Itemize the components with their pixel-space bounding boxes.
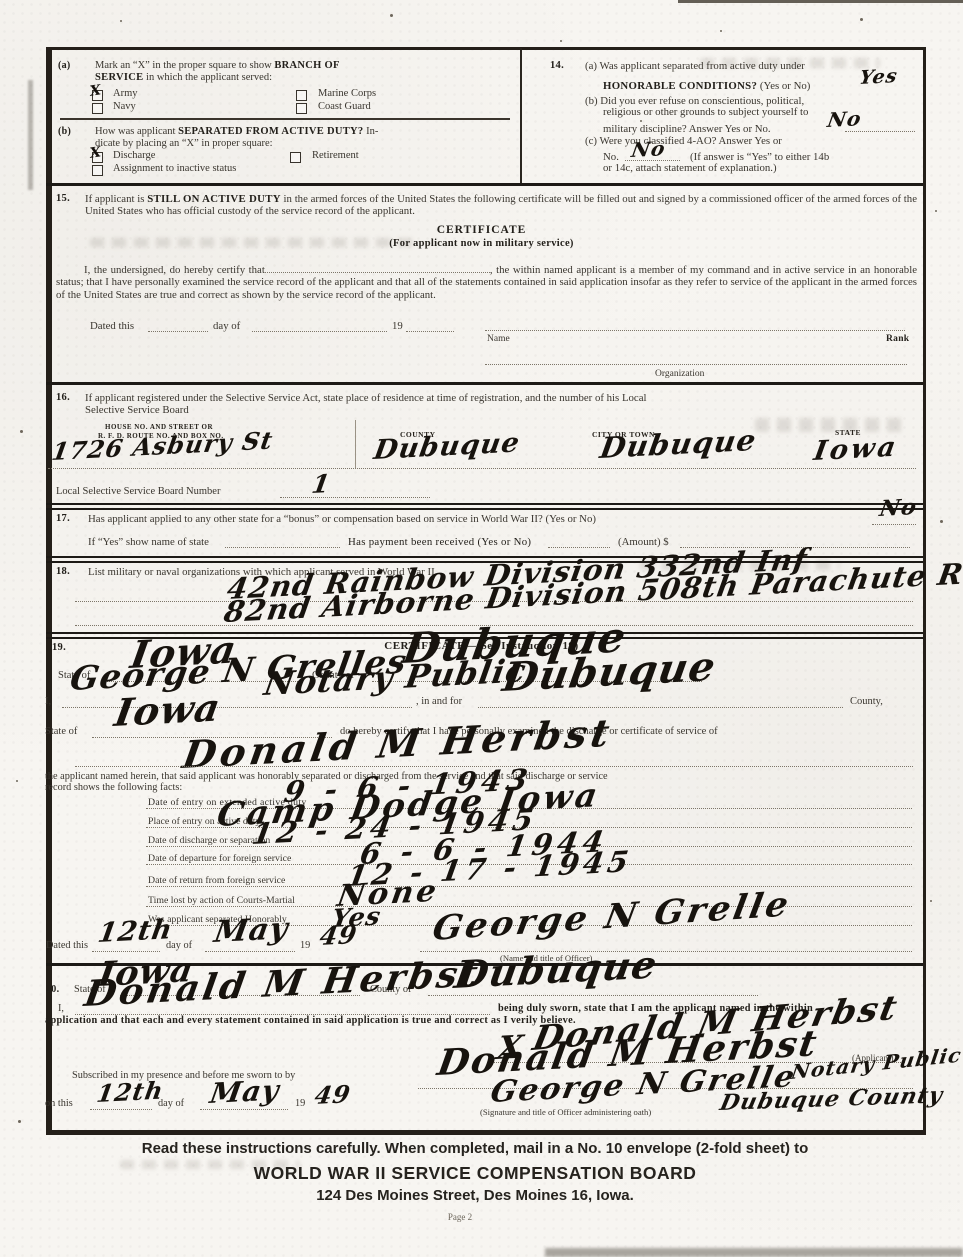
section-divider bbox=[46, 183, 923, 186]
column-rule bbox=[355, 420, 356, 468]
blank-line bbox=[148, 331, 208, 332]
checkbox-navy bbox=[92, 103, 103, 114]
blank-line bbox=[200, 1109, 288, 1110]
scan-noise bbox=[16, 780, 18, 782]
scan-noise bbox=[940, 520, 943, 523]
board-number-label: Local Selective Service Board Number bbox=[56, 486, 220, 497]
item14-a-line2: HONORABLE CONDITIONS? (Yes or No) bbox=[603, 80, 810, 92]
county-value: Dubuque bbox=[372, 429, 522, 464]
state-of-label-2: State of bbox=[45, 726, 77, 737]
checkbox-coast-guard bbox=[296, 103, 307, 114]
footer-instructions: Read these instructions carefully. When … bbox=[0, 1140, 950, 1157]
fact-label: Date of return from foreign service bbox=[148, 875, 285, 886]
in-and-for-label: , in and for bbox=[416, 696, 462, 707]
dated-this-label: Dated this bbox=[90, 320, 134, 332]
item17-question: Has applicant applied to any other state… bbox=[88, 513, 596, 525]
answer-line bbox=[845, 131, 915, 132]
item14-a-line1: (a) Was applicant separated from active … bbox=[585, 60, 805, 72]
item16-intro-line2: Selective Service Board bbox=[85, 404, 189, 416]
checkbox-label-navy: Navy bbox=[113, 101, 136, 112]
scan-noise bbox=[930, 900, 932, 902]
checkbox-mark: X bbox=[89, 144, 102, 161]
checkbox-marine-corps bbox=[296, 90, 307, 101]
fact-label: Time lost by action of Courts-Martial bbox=[148, 895, 295, 906]
name-rank-line bbox=[485, 330, 905, 331]
section-divider bbox=[46, 503, 923, 510]
year-prefix: 19 bbox=[392, 320, 403, 332]
item13a-number: (a) bbox=[58, 60, 71, 71]
organization-line bbox=[485, 364, 907, 365]
dated-month-script: May bbox=[212, 914, 291, 948]
item16-intro-line1: If applicant registered under the Select… bbox=[85, 392, 647, 404]
state-value: Iowa bbox=[812, 434, 901, 465]
answer-honorable-conditions: Yes bbox=[858, 67, 899, 88]
checkbox-label-discharge: Discharge bbox=[113, 150, 155, 161]
checkbox-army: X bbox=[92, 90, 103, 101]
checkbox-retirement bbox=[290, 152, 301, 163]
footer-address: 124 Des Moines Street, Des Moines 16, Io… bbox=[0, 1187, 950, 1204]
county-value-script: Dubuque bbox=[452, 946, 660, 994]
officer-oath-caption: (Signature and title of Officer administ… bbox=[480, 1107, 651, 1117]
fact-label: Date of departure for foreign service bbox=[148, 853, 291, 864]
blank-line bbox=[62, 707, 412, 708]
item14-c-line1: (c) Were you classified 4-AO? Answer Yes… bbox=[585, 135, 782, 147]
answer-other-state: No bbox=[878, 496, 919, 520]
blank-line bbox=[406, 331, 454, 332]
item17-state-label: If “Yes” show name of state bbox=[88, 536, 209, 548]
checkbox-inactive-status bbox=[92, 165, 103, 176]
item14-b-line3: military discipline? Answer Yes or No. bbox=[603, 123, 771, 135]
organization-label: Organization bbox=[655, 369, 704, 379]
scan-noise bbox=[390, 14, 393, 17]
entry-baseline bbox=[48, 468, 916, 469]
sworn-text-2: application and that each and every stat… bbox=[45, 1015, 576, 1026]
city-value: Dubuque bbox=[598, 426, 759, 463]
item14-c-note2: or 14c, attach statement of explanation.… bbox=[603, 162, 777, 174]
dated-this-label: Dated this bbox=[46, 940, 88, 951]
page-number: Page 2 bbox=[0, 1212, 920, 1222]
item17-amount-label: (Amount) $ bbox=[618, 536, 669, 548]
item20-number: 20. bbox=[46, 984, 59, 995]
scan-noise bbox=[860, 18, 863, 21]
answer-classified-4ao: No bbox=[630, 138, 667, 160]
item17-number: 17. bbox=[56, 513, 70, 524]
on-this-label: on this bbox=[45, 1098, 73, 1109]
blank-line bbox=[205, 951, 295, 952]
i-label: I, bbox=[58, 1003, 64, 1014]
blank-line bbox=[872, 524, 916, 525]
column-divider bbox=[520, 48, 522, 185]
answer-line bbox=[625, 160, 680, 161]
blank-line bbox=[225, 547, 340, 548]
item19-body-2: record shows the following facts: bbox=[45, 782, 182, 793]
day-value-script: 12th bbox=[95, 1079, 165, 1106]
fact-row-line: Date of return from foreign service bbox=[146, 886, 912, 887]
scan-artifact-bottom-smear bbox=[545, 1248, 963, 1257]
county2-value-script: Dubuque bbox=[500, 647, 719, 698]
left-column-divider bbox=[60, 118, 510, 120]
checkbox-label-marine-corps: Marine Corps bbox=[318, 88, 376, 99]
footer-board-name: WORLD WAR II SERVICE COMPENSATION BOARD bbox=[0, 1163, 950, 1184]
checkbox-discharge: X bbox=[92, 152, 103, 163]
checkbox-label-inactive-status: Assignment to inactive status bbox=[113, 163, 236, 174]
county-word: County, bbox=[850, 696, 883, 707]
year-value-script: 49 bbox=[313, 1082, 353, 1108]
certificate-title: CERTIFICATE bbox=[0, 224, 963, 236]
item13a-line2: SERVICE in which the applicant served: bbox=[95, 72, 272, 83]
checkbox-label-army: Army bbox=[113, 88, 138, 99]
scan-noise bbox=[120, 20, 122, 22]
item17-payment-label: Has payment been received (Yes or No) bbox=[348, 536, 531, 548]
item14-b-line2: religious or other grounds to subject yo… bbox=[603, 106, 808, 118]
section-divider bbox=[46, 382, 923, 385]
item18-number: 18. bbox=[56, 566, 70, 577]
rank-label: Rank bbox=[886, 334, 909, 344]
day-of-label: day of bbox=[166, 940, 192, 951]
scan-noise bbox=[935, 210, 937, 212]
month-value-script: May bbox=[208, 1076, 282, 1108]
checkbox-label-coast-guard: Coast Guard bbox=[318, 101, 371, 112]
day-of-label: day of bbox=[213, 320, 240, 332]
scan-artifact-left-edge bbox=[28, 80, 33, 190]
scan-noise bbox=[18, 1120, 21, 1123]
blank-line bbox=[265, 262, 490, 273]
item13b-number: (b) bbox=[58, 126, 71, 137]
item15-intro: If applicant is STILL ON ACTIVE DUTY in … bbox=[85, 193, 917, 218]
dated-year-script: 49 bbox=[318, 922, 359, 949]
dated-day-script: 12th bbox=[96, 916, 175, 947]
answer-military-discipline: No bbox=[826, 108, 863, 130]
blank-line bbox=[252, 331, 387, 332]
item13b-line1: How was applicant SEPARATED FROM ACTIVE … bbox=[95, 126, 378, 137]
blank-line bbox=[90, 1109, 152, 1110]
scan-noise bbox=[20, 430, 23, 433]
item15-number: 15. bbox=[56, 193, 70, 204]
year-prefix: 19 bbox=[300, 940, 310, 951]
scan-artifact-top-line bbox=[678, 0, 963, 3]
item13b-line2: dicate by placing an “X” in proper squar… bbox=[95, 138, 273, 149]
name-label: Name bbox=[487, 334, 510, 344]
certificate-body: I, the undersigned, do hereby certify th… bbox=[56, 262, 917, 301]
scan-noise bbox=[560, 40, 562, 42]
scan-noise bbox=[720, 30, 722, 32]
year-prefix: 19 bbox=[295, 1098, 305, 1109]
state2-value-script: Iowa bbox=[112, 689, 224, 732]
item16-number: 16. bbox=[56, 392, 70, 403]
checkbox-label-retirement: Retirement bbox=[312, 150, 359, 161]
item14-number: 14. bbox=[550, 60, 564, 71]
blank-line bbox=[478, 707, 843, 708]
day-of-label: day of bbox=[158, 1098, 184, 1109]
item13a-line1: Mark an “X” in the proper square to show… bbox=[95, 60, 340, 71]
blank-line bbox=[548, 547, 610, 548]
certificate-subtitle: (For applicant now in military service) bbox=[0, 238, 963, 249]
checkbox-mark: X bbox=[89, 82, 102, 99]
scanned-form-page: (a) Mark an “X” in the proper square to … bbox=[0, 0, 963, 1257]
blank-line bbox=[280, 497, 430, 498]
i-label: I, bbox=[45, 696, 51, 707]
